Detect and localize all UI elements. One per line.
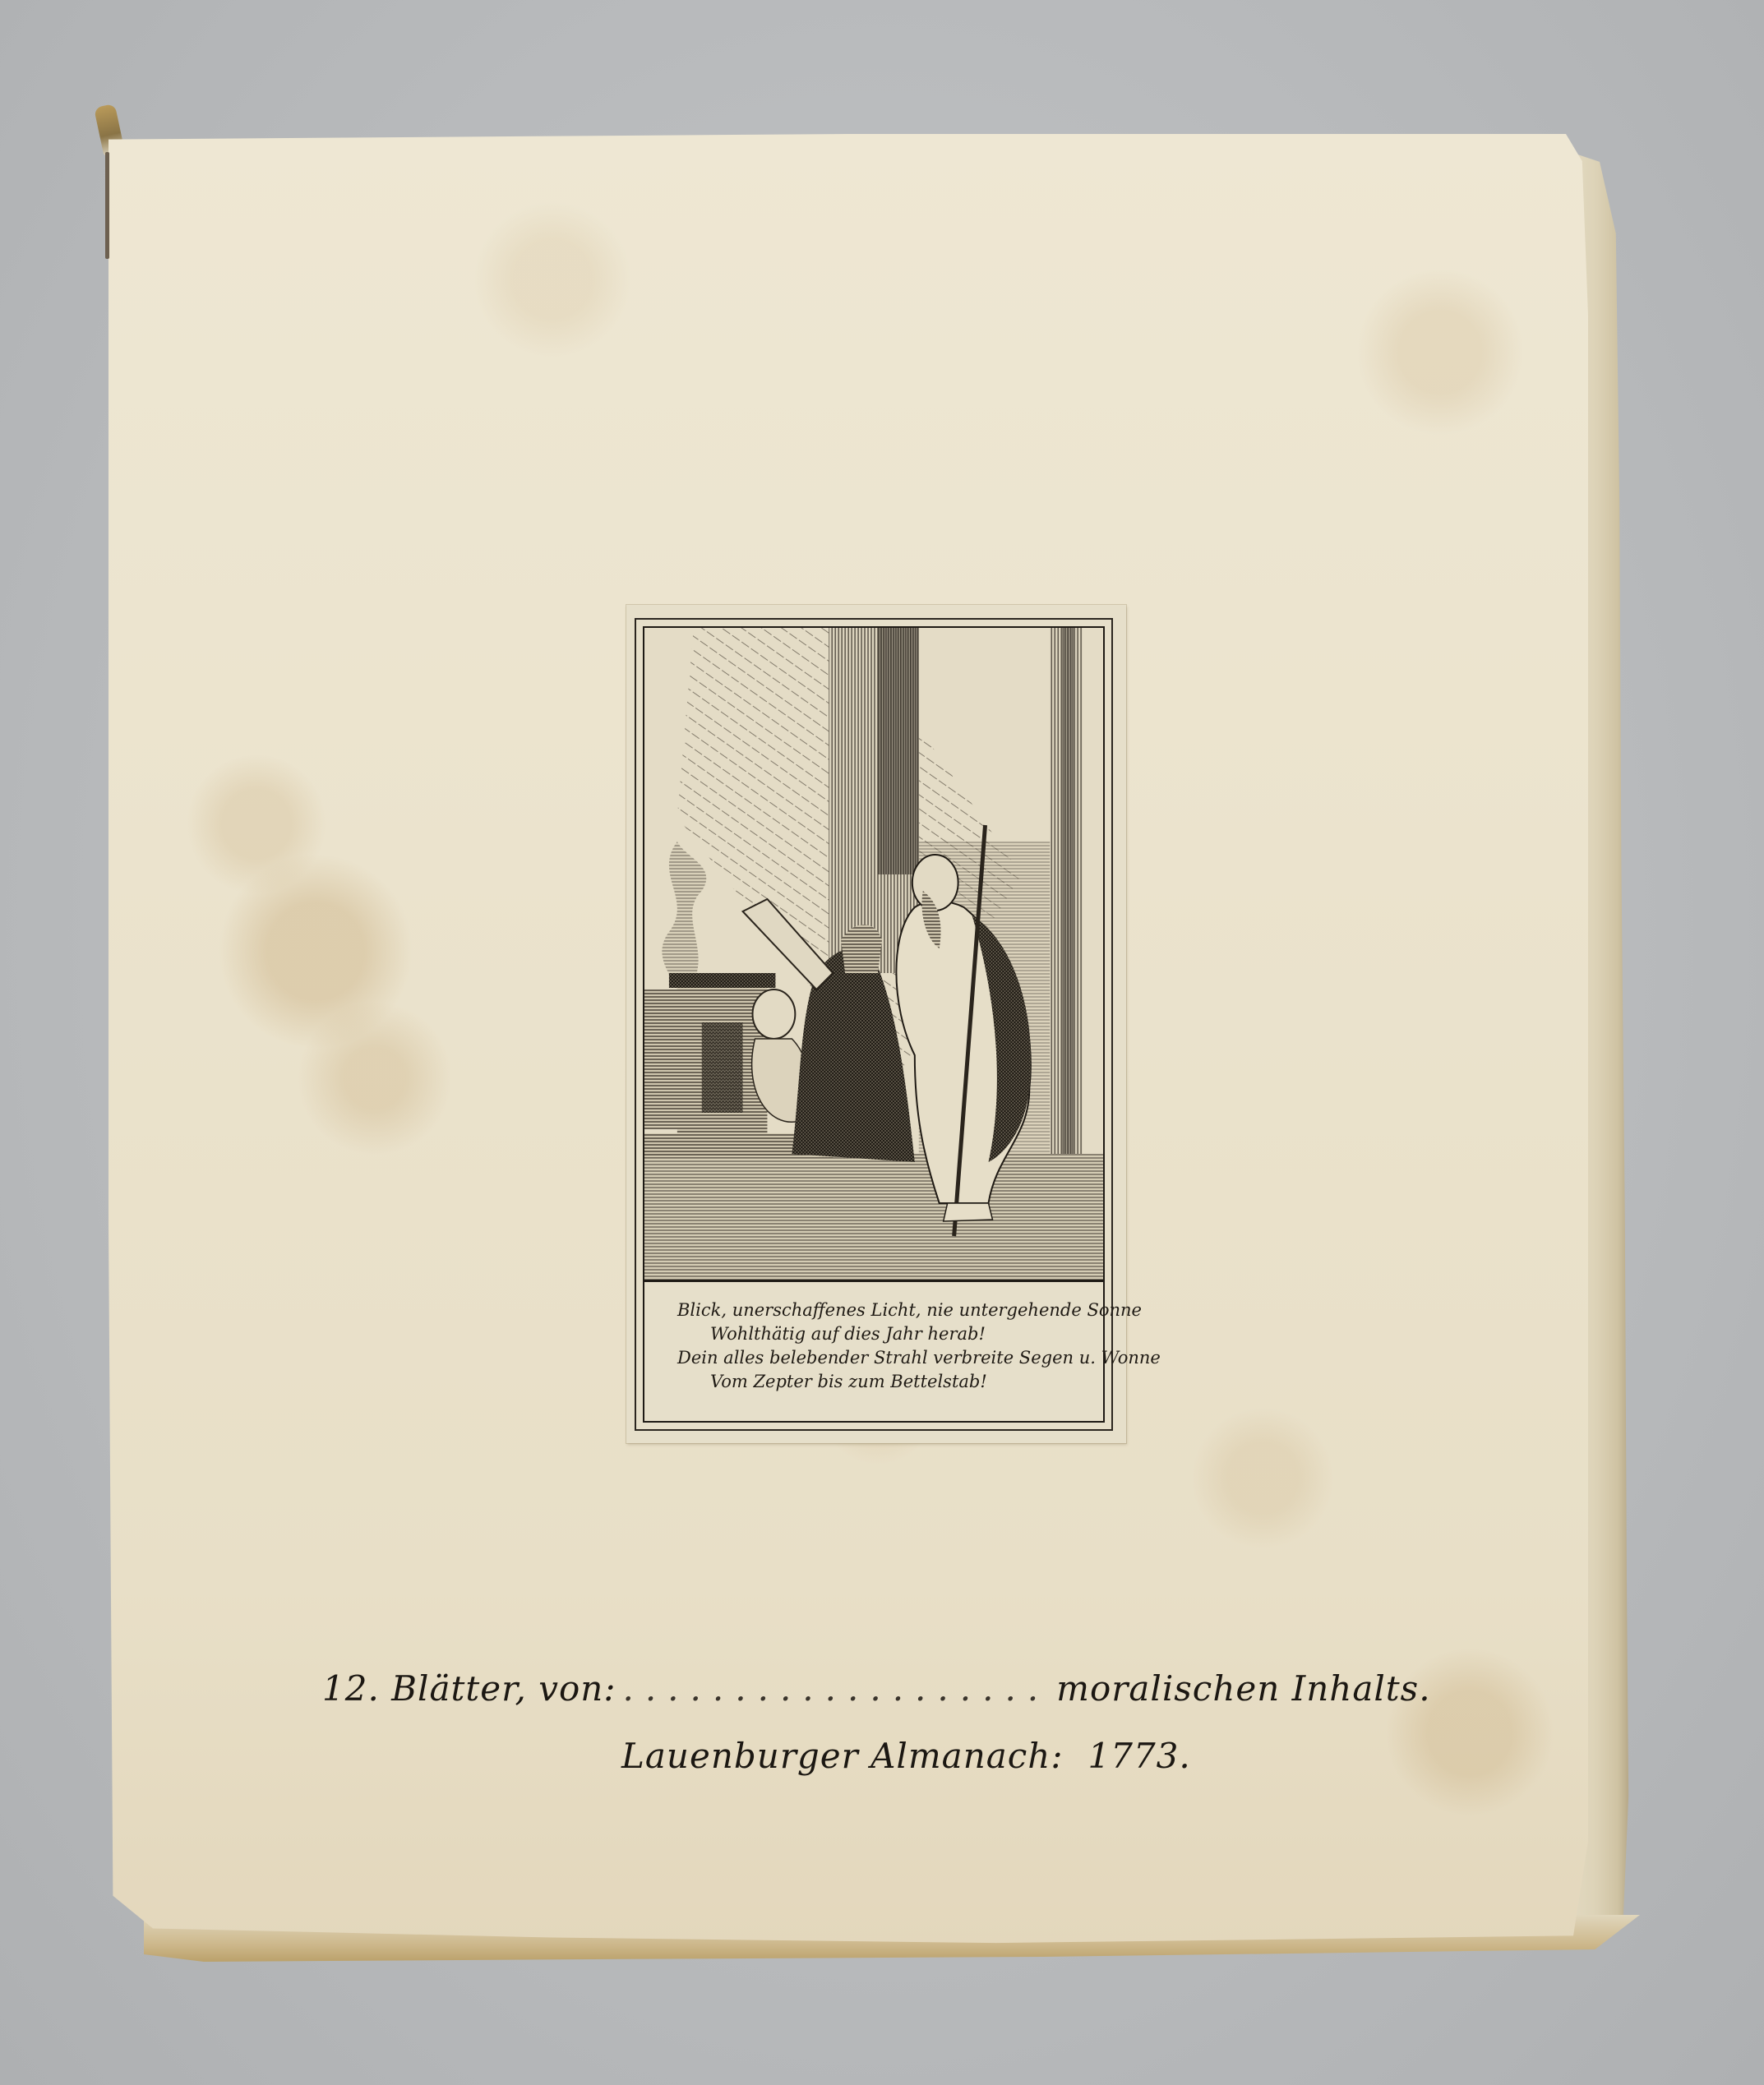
caption-line-4: Vom Zepter bis zum Bettelstab!: [677, 1370, 1103, 1394]
engraving-outer-border: Blick, unerschaffenes Licht, nie unterge…: [635, 618, 1113, 1431]
label-count-prefix: 12. Blätter, von:: [322, 1668, 616, 1709]
spine-fold: [105, 152, 109, 259]
engraving-picture: [644, 628, 1103, 1282]
caption-line-3: Dein alles belebender Strahl verbreite S…: [677, 1346, 1103, 1370]
handwritten-label-line-1: 12. Blätter, von:...................mora…: [322, 1668, 1431, 1709]
engraving-inner-border: Blick, unerschaffenes Licht, nie unterge…: [643, 626, 1105, 1423]
pasted-engraving: Blick, unerschaffenes Licht, nie unterge…: [626, 605, 1126, 1443]
photo-stage: Blick, unerschaffenes Licht, nie unterge…: [0, 0, 1764, 2085]
label-year: 1773.: [1064, 1736, 1191, 1776]
engraving-illustration: [644, 628, 1103, 1280]
handwritten-label-line-2: Lauenburger Almanach:1773.: [621, 1736, 1191, 1776]
label-dotted-blank: ...................: [616, 1668, 1056, 1709]
label-almanac-title: Lauenburger Almanach:: [621, 1736, 1064, 1776]
caption-line-1: Blick, unerschaffenes Licht, nie unterge…: [677, 1299, 1103, 1322]
engraving-caption: Blick, unerschaffenes Licht, nie unterge…: [644, 1282, 1103, 1421]
caption-line-2: Wohlthätig auf dies Jahr herab!: [677, 1322, 1103, 1346]
label-content-suffix: moralischen Inhalts.: [1056, 1668, 1430, 1709]
